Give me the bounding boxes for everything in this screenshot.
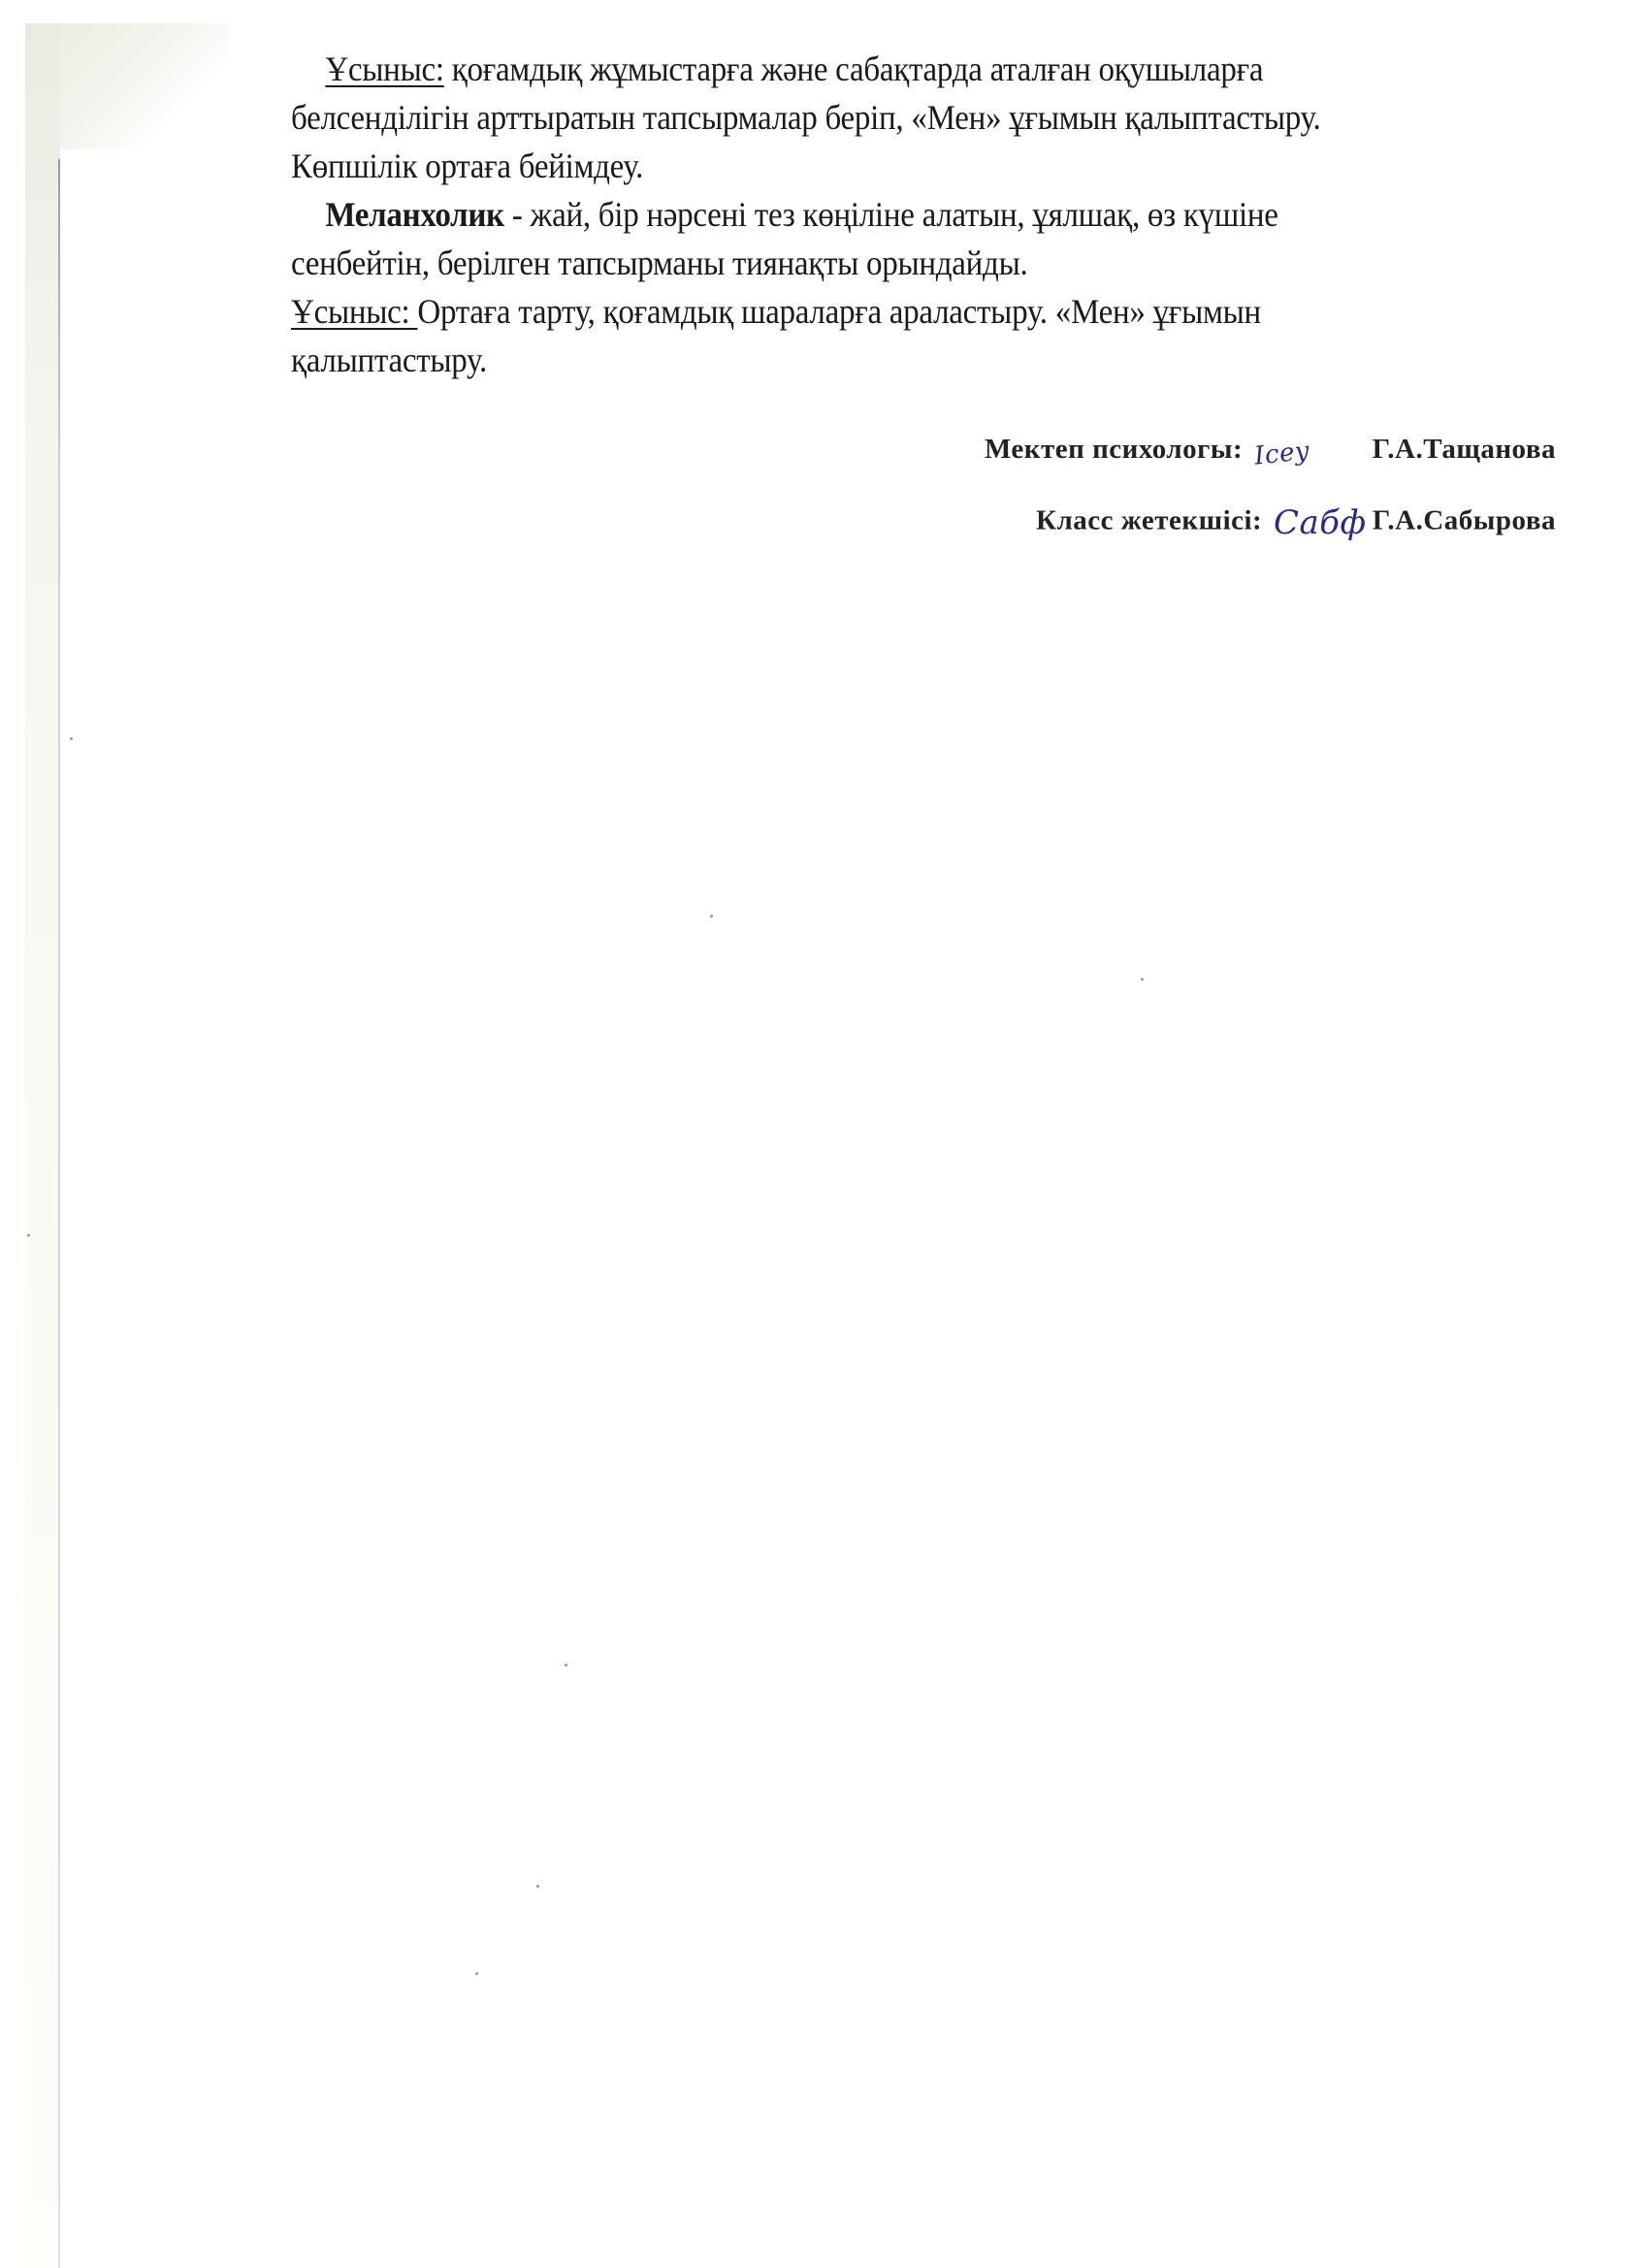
- scan-speck: [536, 1885, 539, 1888]
- recommendation-1-line-3: Көпшілік ортаға бейімдеу.: [291, 142, 1464, 190]
- signature-class-teacher: Класс жетекшісі: Сабф Г.А.Сабырова: [1036, 503, 1556, 542]
- handwritten-signature: Сабф: [1274, 503, 1361, 542]
- signature-psychologist: Мектеп психологы: Ісеу Г.А.Тащанова: [985, 434, 1556, 466]
- recommendation-2-line-1: Ұсыныс: Ортаға тарту, қоғамдық шараларға…: [291, 287, 1464, 336]
- temperament-term: Меланхолик: [325, 195, 504, 234]
- recommendation-1-line-1: Ұсыныс: қоғамдық жұмыстарға және сабақта…: [291, 45, 1464, 93]
- scan-border-left: [25, 23, 60, 2268]
- scan-speck: [710, 915, 713, 918]
- scan-speck: [565, 1664, 567, 1667]
- recommendation-1-line-2: белсенділігін арттыратын тапсырмалар бер…: [291, 93, 1464, 142]
- recommendation-2-line-2: қалыптастыру.: [291, 336, 1464, 384]
- recommendation-label: Ұсыныс:: [291, 292, 417, 331]
- signature-role: Класс жетекшісі:: [1036, 505, 1262, 536]
- scan-speck: [27, 1234, 30, 1237]
- melancholic-line-2: сенбейтін, берілген тапсырманы тиянақты …: [291, 239, 1464, 287]
- scan-speck: [70, 737, 73, 740]
- melancholic-line-1: Меланхолик - жай, бір нәрсені тез көңілі…: [291, 190, 1464, 239]
- scan-speck: [475, 1972, 478, 1975]
- signature-role: Мектеп психологы:: [985, 434, 1243, 465]
- scan-speck: [1141, 978, 1144, 981]
- handwritten-signature: Ісеу: [1253, 432, 1363, 471]
- document-body: Ұсыныс: қоғамдық жұмыстарға және сабақта…: [291, 45, 1464, 384]
- scan-edge-line: [58, 159, 60, 2268]
- signatory-name: Г.А.Сабырова: [1373, 505, 1556, 536]
- signatory-name: Г.А.Тащанова: [1373, 434, 1556, 465]
- recommendation-label: Ұсыныс:: [325, 49, 443, 88]
